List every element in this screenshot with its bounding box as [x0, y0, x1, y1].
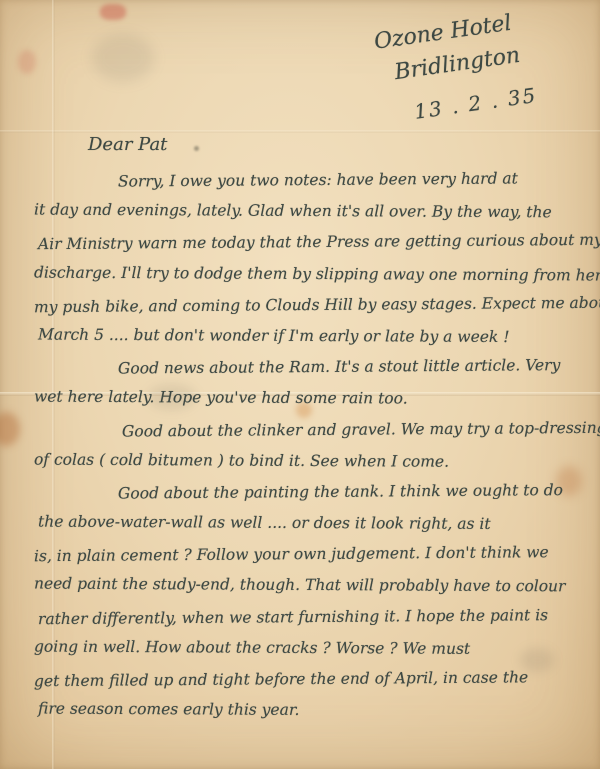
letter-line: Sorry, I owe you two notes: have been ve…	[34, 163, 594, 199]
letter-line: is, in plain cement ? Follow your own ju…	[34, 537, 594, 573]
letter-line: March 5 .... but don't wonder if I'm ear…	[38, 319, 594, 353]
letter-heading: Ozone Hotel Bridlington 13 . 2 . 35	[372, 5, 539, 133]
letter-line: Good news about the Ram. It's a stout li…	[34, 350, 594, 386]
red-mark	[100, 4, 126, 20]
letter-line: it day and evenings, lately. Glad when i…	[34, 195, 594, 229]
letter-line: get them filled up and tight before the …	[34, 662, 594, 698]
rust-stain	[0, 412, 20, 446]
letter-page: Ozone Hotel Bridlington 13 . 2 . 35 Dear…	[0, 0, 600, 769]
letter-line: Good about the painting the tank. I thin…	[34, 475, 594, 511]
red-smudge	[18, 50, 36, 74]
letter-line: Good about the clinker and gravel. We ma…	[38, 412, 594, 448]
letter-line: going in well. How about the cracks ? Wo…	[34, 631, 594, 665]
letter-line: wet here lately. Hope you've had some ra…	[34, 382, 594, 416]
letter-line: my push bike, and coming to Clouds Hill …	[34, 288, 594, 324]
smudge-stain	[92, 34, 154, 82]
letter-line: rather differently, when we start furnis…	[38, 599, 594, 635]
letter-body: Sorry, I owe you two notes: have been ve…	[34, 165, 594, 726]
letter-line: Air Ministry warn me today that the Pres…	[38, 225, 594, 261]
letter-line: of colas ( cold bitumen ) to bind it. Se…	[34, 444, 594, 478]
letter-line: discharge. I'll try to dodge them by sli…	[34, 257, 594, 291]
fold-crease-horizontal-faint	[0, 130, 600, 133]
ink-speck	[194, 146, 199, 151]
letter-line: fire season comes early this year.	[38, 694, 594, 728]
letter-line: the above-water-wall as well .... or doe…	[38, 507, 594, 541]
letter-line: need paint the study-end, though. That w…	[34, 569, 594, 603]
salutation: Dear Pat	[88, 134, 167, 155]
letter-date: 13 . 2 . 35	[412, 79, 539, 129]
